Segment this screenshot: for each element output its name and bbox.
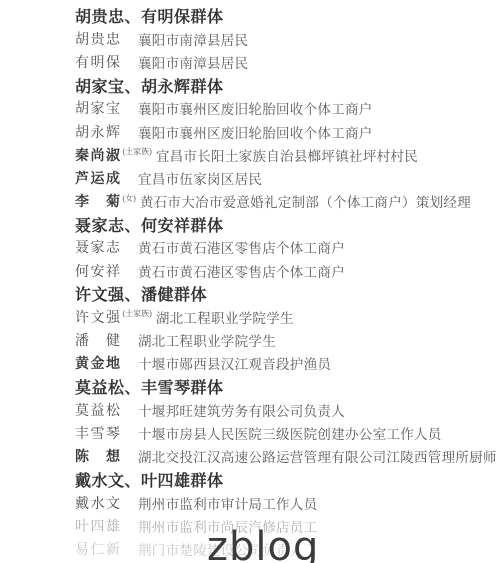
person-name: 戴水文 — [75, 493, 138, 513]
person-description: 湖北交投江汉高速公路运营管理有限公司江陵西管理所厨师 — [138, 446, 497, 466]
entry-row: 何安祥黄石市黄石港区零售店个体工商户 — [75, 259, 500, 282]
person-name: 胡家宝 — [75, 98, 138, 118]
person-description: 襄阳市襄州区废旧轮胎回收个体工商户 — [138, 122, 373, 142]
entry-row: 莫益松十堰邦旺建筑劳务有限公司负责人 — [75, 398, 500, 421]
name-list: 胡贵忠、有明保群体胡贵忠襄阳市南漳县居民有明保襄阳市南漳县居民胡家宝、胡永辉群体… — [0, 0, 500, 561]
person-name: 胡永辉 — [75, 122, 138, 142]
person-name: 莫益松 — [75, 400, 138, 420]
entry-row: 潘 健湖北工程职业学院学生 — [75, 329, 500, 352]
person-description: 襄阳市襄州区废旧轮胎回收个体工商户 — [138, 98, 373, 118]
person-description: 黄石市黄石港区零售店个体工商户 — [138, 261, 345, 281]
person-name: 黄金地 — [75, 353, 138, 373]
person-description: 湖北工程职业学院学生 — [156, 307, 294, 327]
person-name: 秦尚淑 — [75, 145, 122, 165]
name-annotation: (土家族) — [123, 146, 152, 157]
person-name: 有明保 — [75, 52, 138, 72]
group-header: 胡贵忠、有明保群体 — [75, 4, 500, 27]
person-description: 宜昌市长阳土家族自治县榔坪镇社坪村村民 — [156, 145, 418, 165]
group-header: 聂家志、何安祥群体 — [75, 213, 500, 236]
group-header: 胡家宝、胡永辉群体 — [75, 74, 500, 97]
entry-row: 聂家志黄石市黄石港区零售店个体工商户 — [75, 236, 500, 259]
person-name: 胡贵忠 — [75, 29, 138, 49]
group-header-text: 聂家志、何安祥群体 — [75, 213, 224, 236]
person-name: 陈 想 — [75, 446, 138, 466]
person-description: 襄阳市南漳县居民 — [138, 52, 248, 72]
entry-row: 胡贵忠襄阳市南漳县居民 — [75, 27, 500, 50]
person-description: 黄石市黄石港区零售店个体工商户 — [138, 237, 345, 257]
entry-row: 戴水文荆州市监利市审计局工作人员 — [75, 491, 500, 514]
group-header-text: 胡贵忠、有明保群体 — [75, 4, 224, 27]
person-name: 叶四雄 — [75, 516, 138, 536]
person-description: 十堰邦旺建筑劳务有限公司负责人 — [138, 400, 345, 420]
person-name: 聂家志 — [75, 237, 138, 257]
entry-row: 胡永辉襄阳市襄州区废旧轮胎回收个体工商户 — [75, 120, 500, 143]
group-header-text: 许文强、潘健群体 — [75, 282, 207, 305]
group-header: 戴水文、叶四雄群体 — [75, 468, 500, 491]
entry-row: 黄金地十堰市郧西县汉江观音段护渔员 — [75, 352, 500, 375]
entry-row: 丰雪琴十堰市房县人民医院三级医院创建办公室工作人员 — [75, 421, 500, 444]
group-header-text: 戴水文、叶四雄群体 — [75, 468, 224, 491]
person-name: 李 菊 — [75, 191, 122, 211]
person-name: 丰雪琴 — [75, 423, 138, 443]
person-description: 荆州市监利市审计局工作人员 — [138, 493, 317, 513]
entry-row: 胡家宝襄阳市襄州区废旧轮胎回收个体工商户 — [75, 97, 500, 120]
person-description: 黄石市大冶市爱意婚礼定制部（个体工商户）策划经理 — [140, 191, 471, 211]
person-name: 何安祥 — [75, 261, 138, 281]
person-name: 许文强 — [75, 307, 122, 327]
entry-row: 有明保襄阳市南漳县居民 — [75, 50, 500, 73]
document-page: 胡贵忠、有明保群体胡贵忠襄阳市南漳县居民有明保襄阳市南漳县居民胡家宝、胡永辉群体… — [0, 0, 500, 563]
name-annotation: (女) — [123, 193, 136, 204]
watermark: zblog — [207, 524, 319, 563]
name-annotation: (土家族) — [123, 308, 152, 319]
person-description: 宜昌市伍家岗区居民 — [138, 168, 262, 188]
entry-row: 李 菊(女)黄石市大冶市爱意婚礼定制部（个体工商户）策划经理 — [75, 190, 500, 213]
person-name: 潘 健 — [75, 330, 138, 350]
person-name: 易仁新 — [75, 539, 138, 559]
person-description: 十堰市房县人民医院三级医院创建办公室工作人员 — [138, 423, 442, 443]
group-header-text: 胡家宝、胡永辉群体 — [75, 74, 224, 97]
person-name: 芦运成 — [75, 168, 138, 188]
group-header: 许文强、潘健群体 — [75, 282, 500, 305]
group-header-text: 莫益松、丰雪琴群体 — [75, 375, 224, 398]
entry-row: 秦尚淑(土家族)宜昌市长阳土家族自治县榔坪镇社坪村村民 — [75, 143, 500, 166]
group-header: 莫益松、丰雪琴群体 — [75, 375, 500, 398]
entry-row: 芦运成宜昌市伍家岗区居民 — [75, 166, 500, 189]
entry-row: 许文强(土家族)湖北工程职业学院学生 — [75, 305, 500, 328]
person-description: 十堰市郧西县汉江观音段护渔员 — [138, 353, 331, 373]
person-description: 襄阳市南漳县居民 — [138, 29, 248, 49]
person-description: 湖北工程职业学院学生 — [138, 330, 276, 350]
entry-row: 陈 想湖北交投江汉高速公路运营管理有限公司江陵西管理所厨师 — [75, 445, 500, 468]
